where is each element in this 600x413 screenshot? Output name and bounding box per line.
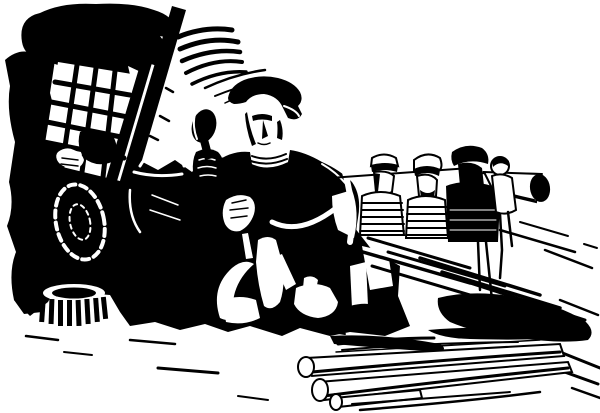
figure-cap-2 xyxy=(406,154,448,238)
slatted-basket xyxy=(39,284,108,326)
illustration-canvas xyxy=(0,0,600,413)
figure-legs xyxy=(478,242,492,300)
ink-illustration xyxy=(0,0,600,413)
rail-line xyxy=(330,168,470,178)
figure-cap-1 xyxy=(360,155,404,236)
